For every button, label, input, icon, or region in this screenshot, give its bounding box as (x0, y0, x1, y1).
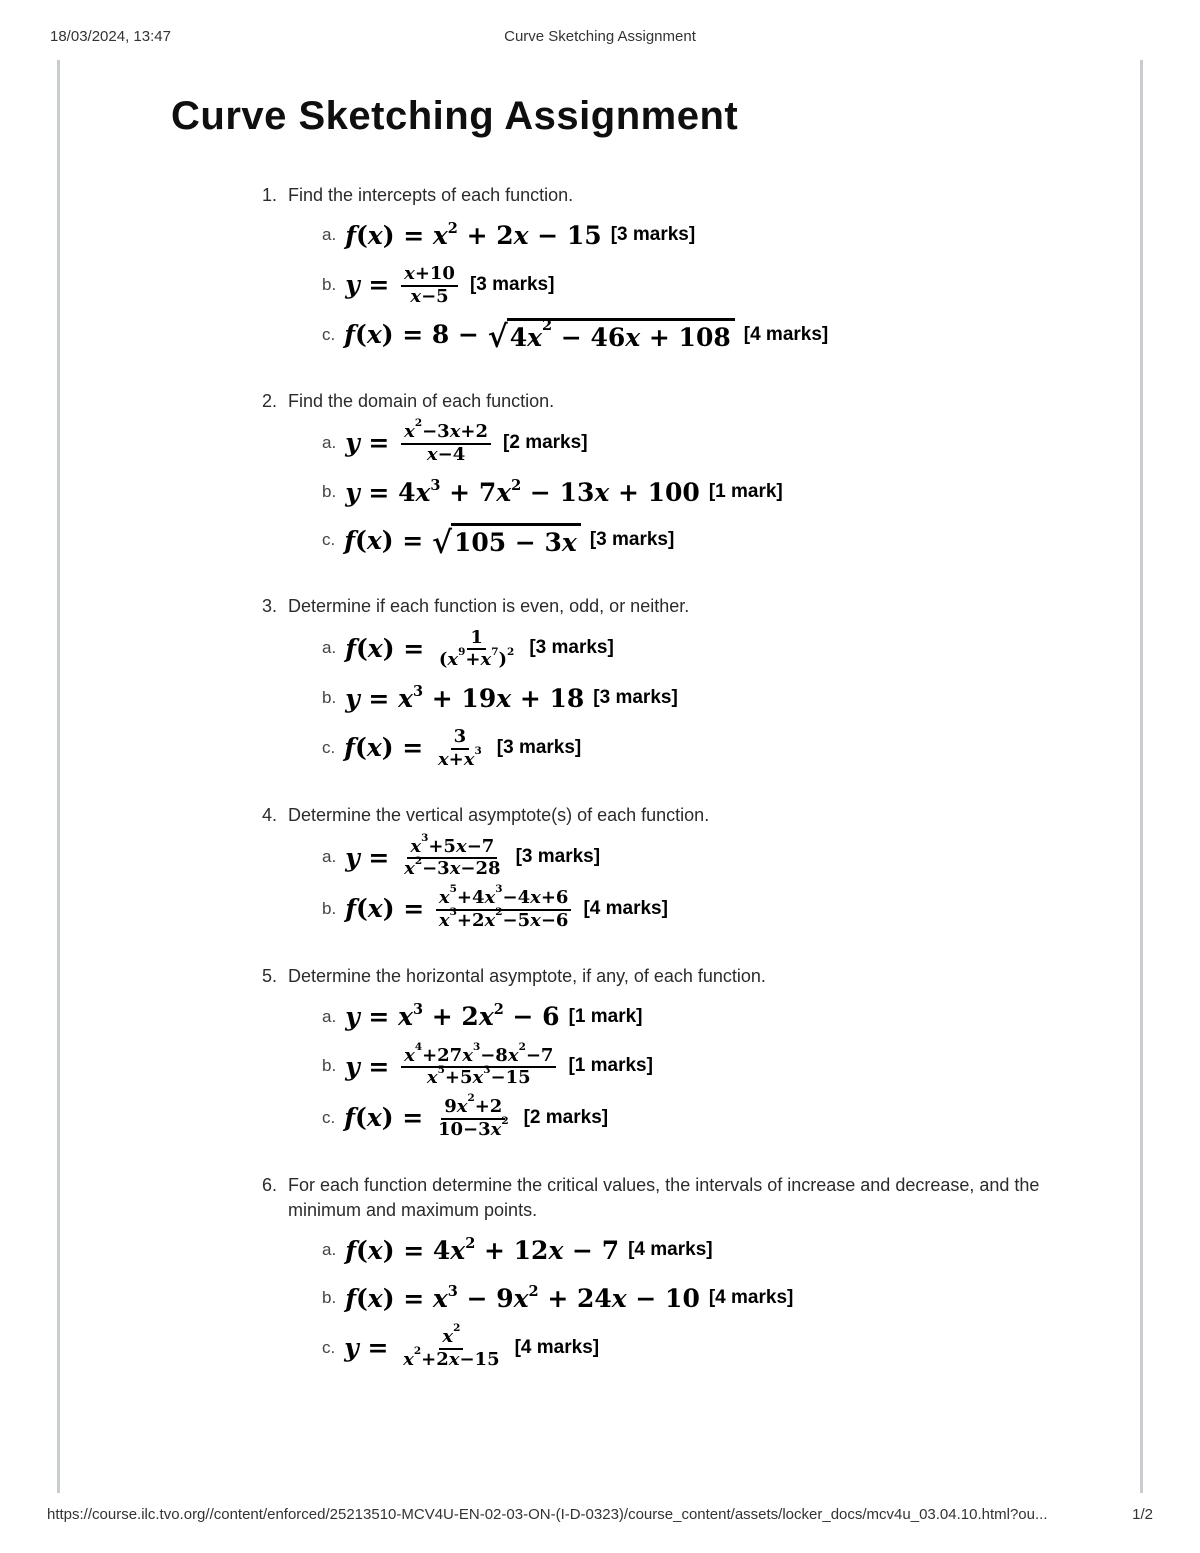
math-text: f(x) = (344, 526, 432, 555)
fraction-numerator: 1 (467, 628, 486, 651)
math-text: +4x (457, 887, 495, 908)
question: 6.For each function determine the critic… (262, 1173, 1100, 1377)
question-text: Find the intercepts of each function. (288, 183, 1048, 207)
math-text: x (404, 421, 415, 442)
math-text: +27x (422, 1045, 473, 1066)
fraction-denominator: (x9+x7)2 (436, 650, 517, 671)
math-text: f(x) = (344, 733, 432, 762)
part-label: c. (322, 530, 335, 550)
fraction-numerator: x2 (439, 1327, 463, 1350)
math-exponent: 5 (438, 1064, 445, 1076)
math-expression: f(x) = 4x2 + 12x − 7 (345, 1236, 619, 1265)
math-text: −8x (480, 1045, 518, 1066)
math-text: f(x) = x (345, 1284, 448, 1313)
math-text: −15 (490, 1067, 530, 1088)
math-text: y = (344, 1333, 397, 1362)
marks-label: [2 marks] (524, 1107, 609, 1129)
math-square-root: √105 − 3x (432, 523, 581, 557)
math-exponent: 2 (519, 1041, 526, 1053)
part-label: c. (322, 1108, 335, 1128)
math-text: ) (499, 649, 508, 670)
math-fraction: x2x2+2x−15 (400, 1327, 502, 1370)
math-expression: f(x) = 1(x9+x7)2 (345, 627, 520, 670)
math-exponent: 2 (415, 855, 422, 867)
question-parts: a.f(x) = 4x2 + 12x − 7[4 marks]b.f(x) = … (322, 1230, 1100, 1369)
marks-label: [4 marks] (583, 898, 668, 920)
marks-label: [2 marks] (503, 432, 588, 454)
question-part: b.f(x) = x3 − 9x2 + 24x − 10[4 marks] (322, 1278, 1100, 1318)
page-title: Curve Sketching Assignment (171, 94, 1100, 139)
fraction-denominator: x+x3 (435, 750, 485, 771)
question-text: Determine if each function is even, odd,… (288, 594, 1048, 618)
marks-label: [4 marks] (628, 1239, 713, 1261)
question: 4.Determine the vertical asymptote(s) of… (262, 803, 1100, 938)
question-part: a.f(x) = x2 + 2x − 15[3 marks] (322, 215, 1100, 255)
document-frame: Curve Sketching Assignment 1.Find the in… (57, 60, 1143, 1493)
question-number: 1. (262, 183, 288, 363)
marks-label: [3 marks] (611, 224, 696, 246)
math-text: 9x (444, 1096, 467, 1117)
question-part: b.y = x4+27x3−8x2−7x5+5x3−15[1 marks] (322, 1045, 1100, 1088)
math-text: y = 4x (345, 478, 430, 507)
math-text: f(x) = (345, 894, 433, 923)
question-body: Find the intercepts of each function.a.f… (288, 183, 1100, 363)
question: 2.Find the domain of each function.a.y =… (262, 389, 1100, 569)
math-text: y = x (345, 1002, 413, 1031)
part-label: c. (322, 325, 335, 345)
math-text: +x (465, 649, 491, 670)
question-parts: a.y = x2−3x+2x−4[2 marks]b.y = 4x3 + 7x2… (322, 421, 1100, 560)
math-square-root: √4x2 − 46x + 108 (488, 318, 735, 352)
math-text: x (404, 858, 415, 879)
marks-label: [3 marks] (593, 687, 678, 709)
marks-label: [1 mark] (569, 1006, 643, 1028)
question-part: a.f(x) = 1(x9+x7)2[3 marks] (322, 627, 1100, 670)
print-header: 18/03/2024, 13:47 Curve Sketching Assign… (50, 28, 1150, 48)
math-exponent: 3 (475, 745, 482, 757)
math-text: y = (345, 843, 398, 872)
math-text: − 13x + 100 (521, 478, 700, 507)
fraction-denominator: x2+2x−15 (400, 1350, 502, 1371)
math-text: + 7x (440, 478, 511, 507)
math-text: x+10 (404, 263, 455, 284)
fraction-numerator: 3 (451, 727, 470, 750)
math-expression: y = x3+5x−7x2−3x−28 (345, 836, 506, 879)
math-text: + 2x (423, 1002, 494, 1031)
math-exponent: 5 (450, 883, 457, 895)
math-exponent: 7 (491, 646, 498, 658)
math-text: − 6 (504, 1002, 560, 1031)
math-text: 105 − 3x (454, 528, 577, 557)
marks-label: [1 mark] (709, 481, 783, 503)
part-label: b. (322, 275, 336, 295)
question-part: c.y = x2x2+2x−15[4 marks] (322, 1326, 1100, 1369)
math-expression: f(x) = 3x+x3 (344, 726, 488, 769)
math-text: x (427, 1067, 438, 1088)
part-label: b. (322, 482, 336, 502)
page-indicator: 1/2 (1132, 1506, 1153, 1523)
math-expression: f(x) = √105 − 3x (344, 523, 581, 557)
math-text: y = (345, 270, 398, 299)
part-label: a. (322, 1240, 336, 1260)
math-text: + 24x − 10 (539, 1284, 700, 1313)
math-exponent: 2 (495, 906, 502, 918)
math-text: y = x (345, 684, 413, 713)
math-text: f(x) = (345, 634, 433, 663)
question-part: b.y = x3 + 19x + 18[3 marks] (322, 678, 1100, 718)
question: 1.Find the intercepts of each function.a… (262, 183, 1100, 363)
footer-url: https://course.ilc.tvo.org//content/enfo… (47, 1506, 1048, 1523)
part-label: a. (322, 1007, 336, 1027)
math-fraction: x+10x−5 (401, 264, 458, 307)
question-number: 5. (262, 964, 288, 1147)
fraction-denominator: x2−3x−28 (401, 859, 503, 880)
math-expression: y = 4x3 + 7x2 − 13x + 100 (345, 478, 700, 507)
part-label: b. (322, 688, 336, 708)
part-label: a. (322, 225, 336, 245)
math-text: − 46x + 108 (552, 323, 731, 352)
question-part: c.f(x) = 3x+x3[3 marks] (322, 726, 1100, 769)
question-body: Determine the horizontal asymptote, if a… (288, 964, 1100, 1147)
part-label: c. (322, 738, 335, 758)
radicand: 4x2 − 46x + 108 (507, 318, 735, 352)
math-text: 10−3x (438, 1119, 501, 1140)
math-exponent: 2 (501, 1115, 508, 1127)
question-body: Find the domain of each function.a.y = x… (288, 389, 1100, 569)
question-part: b.y = x+10x−5[3 marks] (322, 263, 1100, 306)
math-text: y = (345, 1052, 398, 1081)
fraction-numerator: x4+27x3−8x2−7 (401, 1046, 556, 1069)
question-body: Determine the vertical asymptote(s) of e… (288, 803, 1100, 938)
question-part: a.y = x2−3x+2x−4[2 marks] (322, 421, 1100, 464)
math-exponent: 9 (458, 646, 465, 658)
question-text: Determine the horizontal asymptote, if a… (288, 964, 1048, 988)
part-label: a. (322, 847, 336, 867)
part-label: a. (322, 638, 336, 658)
math-text: (x (439, 649, 458, 670)
fraction-denominator: 10−3x2 (435, 1120, 512, 1141)
math-text: +2x−15 (421, 1349, 499, 1370)
question-number: 6. (262, 1173, 288, 1377)
math-exponent: 3 (495, 883, 502, 895)
math-text: +5x−7 (428, 836, 494, 857)
math-text: + 2x − 15 (458, 221, 602, 250)
math-expression: f(x) = x2 + 2x − 15 (345, 221, 602, 250)
math-text: − 9x (458, 1284, 529, 1313)
math-text: x−4 (427, 444, 465, 465)
question-part: b.y = 4x3 + 7x2 − 13x + 100[1 mark] (322, 472, 1100, 512)
math-text: x (442, 1326, 453, 1347)
math-expression: y = x3 + 2x2 − 6 (345, 1002, 559, 1031)
marks-label: [3 marks] (590, 529, 675, 551)
part-label: b. (322, 1288, 336, 1308)
question-parts: a.f(x) = x2 + 2x − 15[3 marks]b.y = x+10… (322, 215, 1100, 354)
question-part: a.y = x3 + 2x2 − 6[1 mark] (322, 997, 1100, 1037)
math-exponent: 3 (483, 1064, 490, 1076)
math-text: −3x+2 (422, 421, 488, 442)
question-number: 2. (262, 389, 288, 569)
fraction-denominator: x5+5x3−15 (424, 1068, 534, 1089)
math-text: −4x+6 (503, 887, 569, 908)
question-part: a.f(x) = 4x2 + 12x − 7[4 marks] (322, 1230, 1100, 1270)
math-fraction: 1(x9+x7)2 (436, 628, 517, 671)
question-body: For each function determine the critical… (288, 1173, 1100, 1377)
part-label: b. (322, 899, 336, 919)
math-exponent: 2 (507, 646, 514, 658)
question-parts: a.f(x) = 1(x9+x7)2[3 marks]b.y = x3 + 19… (322, 627, 1100, 770)
math-text: + 19x + 18 (423, 684, 584, 713)
question-part: c.f(x) = √105 − 3x[3 marks] (322, 520, 1100, 560)
part-label: b. (322, 1056, 336, 1076)
marks-label: [3 marks] (516, 846, 601, 868)
math-exponent: 2 (415, 417, 422, 429)
math-text: −3x−28 (422, 858, 500, 879)
math-exponent: 3 (450, 906, 457, 918)
math-fraction: 9x2+210−3x2 (435, 1097, 512, 1140)
marks-label: [4 marks] (709, 1287, 794, 1309)
radicand: 105 − 3x (451, 523, 581, 557)
fraction-numerator: x+10 (401, 264, 458, 287)
math-exponent: 2 (414, 1345, 421, 1357)
question: 3.Determine if each function is even, od… (262, 594, 1100, 777)
math-text: +2x (457, 910, 495, 931)
math-expression: f(x) = 8 − √4x2 − 46x + 108 (344, 318, 735, 352)
question-list: 1.Find the intercepts of each function.a… (262, 183, 1100, 1377)
math-exponent: 2 (467, 1092, 474, 1104)
radical-icon: √ (488, 324, 508, 351)
math-text: + 12x − 7 (475, 1236, 619, 1265)
math-text: +5x (445, 1067, 483, 1088)
fraction-denominator: x−4 (424, 445, 468, 466)
question-part: b.f(x) = x5+4x3−4x+6x3+2x2−5x−6[4 marks] (322, 887, 1100, 930)
part-label: c. (322, 1338, 335, 1358)
radical-icon: √ (432, 530, 452, 557)
math-text: f(x) = 8 − (344, 320, 487, 349)
question-parts: a.y = x3+5x−7x2−3x−28[3 marks]b.f(x) = x… (322, 836, 1100, 931)
math-exponent: 3 (421, 832, 428, 844)
question-part: c.f(x) = 9x2+210−3x2[2 marks] (322, 1096, 1100, 1139)
question-part: a.y = x3+5x−7x2−3x−28[3 marks] (322, 836, 1100, 879)
math-exponent: 4 (415, 1041, 422, 1053)
question: 5.Determine the horizontal asymptote, if… (262, 964, 1100, 1147)
math-text: x (403, 1349, 414, 1370)
fraction-numerator: 9x2+2 (441, 1097, 505, 1120)
math-text: +2 (475, 1096, 503, 1117)
math-text: x−5 (410, 286, 448, 307)
math-text: f(x) = (344, 1103, 432, 1132)
math-text: f(x) = 4x (345, 1236, 465, 1265)
question-number: 3. (262, 594, 288, 777)
math-expression: y = x2−3x+2x−4 (345, 421, 494, 464)
math-text: x+x (438, 749, 475, 770)
math-text: −5x−6 (503, 910, 569, 931)
math-text: 1 (470, 627, 483, 648)
question-parts: a.y = x3 + 2x2 − 6[1 mark]b.y = x4+27x3−… (322, 997, 1100, 1140)
part-label: a. (322, 433, 336, 453)
question-body: Determine if each function is even, odd,… (288, 594, 1100, 777)
question-text: Find the domain of each function. (288, 389, 1048, 413)
fraction-denominator: x3+2x2−5x−6 (436, 911, 572, 932)
math-expression: y = x4+27x3−8x2−7x5+5x3−15 (345, 1045, 559, 1088)
question-number: 4. (262, 803, 288, 938)
question-text: Determine the vertical asymptote(s) of e… (288, 803, 1048, 827)
marks-label: [3 marks] (470, 274, 555, 296)
math-fraction: x3+5x−7x2−3x−28 (401, 837, 503, 880)
fraction-numerator: x2−3x+2 (401, 422, 491, 445)
math-text: x (439, 887, 450, 908)
math-fraction: x4+27x3−8x2−7x5+5x3−15 (401, 1046, 556, 1089)
marks-label: [4 marks] (515, 1337, 600, 1359)
math-text: y = (345, 428, 398, 457)
print-footer: https://course.ilc.tvo.org//content/enfo… (47, 1506, 1153, 1523)
marks-label: [3 marks] (529, 637, 614, 659)
math-expression: f(x) = x3 − 9x2 + 24x − 10 (345, 1284, 700, 1313)
math-text: 3 (454, 726, 467, 747)
math-text: 4x (510, 323, 542, 352)
math-expression: f(x) = x5+4x3−4x+6x3+2x2−5x−6 (345, 887, 574, 930)
math-expression: y = x+10x−5 (345, 263, 461, 306)
question-part: c.f(x) = 8 − √4x2 − 46x + 108[4 marks] (322, 315, 1100, 355)
math-fraction: 3x+x3 (435, 727, 485, 770)
math-exponent: 3 (473, 1041, 480, 1053)
marks-label: [4 marks] (744, 324, 829, 346)
marks-label: [1 marks] (568, 1055, 653, 1077)
math-exponent: 2 (542, 317, 552, 334)
math-expression: y = x3 + 19x + 18 (345, 684, 584, 713)
math-expression: y = x2x2+2x−15 (344, 1326, 505, 1369)
fraction-denominator: x−5 (407, 287, 451, 308)
math-text: x (404, 1045, 415, 1066)
math-fraction: x2−3x+2x−4 (401, 422, 491, 465)
document-body: Curve Sketching Assignment 1.Find the in… (60, 60, 1140, 1377)
math-text: −7 (526, 1045, 554, 1066)
math-exponent: 2 (453, 1322, 460, 1334)
print-doc-title: Curve Sketching Assignment (50, 28, 1150, 45)
question-text: For each function determine the critical… (288, 1173, 1048, 1222)
math-fraction: x5+4x3−4x+6x3+2x2−5x−6 (436, 888, 572, 931)
math-text: x (439, 910, 450, 931)
math-text: f(x) = x (345, 221, 448, 250)
math-text: x (410, 836, 421, 857)
marks-label: [3 marks] (497, 737, 582, 759)
math-expression: f(x) = 9x2+210−3x2 (344, 1096, 514, 1139)
